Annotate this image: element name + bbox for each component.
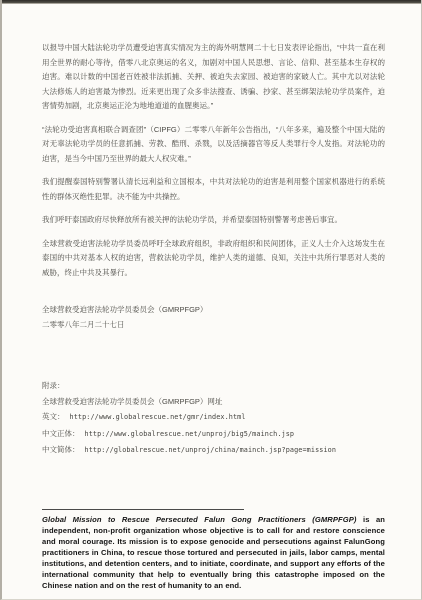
body-paragraph-4: 我们呼吁泰国政府尽快释放所有被关押的法轮功学员，并希望泰国特别警署考虑善后事宜。 [42,213,385,228]
page-content: 以报导中国大陆法轮功学员遭受迫害真实情况为主的海外明慧网二十七日发表评论指出，“… [2,4,421,591]
signature-block: 全球营救受迫害法轮功学员委员会（GMRPFGP） 二零零八年二月二十七日 [42,302,385,332]
footnote-org-name: Global Mission to Rescue Persecuted Falu… [42,515,357,524]
appendix-link-row-traditional-chinese: 中文正体： http://www.globalrescue.net/unproj… [42,426,385,443]
document-page: 以报导中国大陆法轮功学员遭受迫害真实情况为主的海外明慧网二十七日发表评论指出，“… [0,0,422,600]
body-paragraph-2: “法轮功受迫害真相联合调查团”（CIPFG）二零零八年新年公告指出，“八年多来，… [42,123,385,167]
appendix-site-title: 全球营救受迫害法轮功学员委员会（GMRPFGP）网址 [42,394,385,410]
appendix-link-row-english: 英文： http://www.globalrescue.net/gmr/inde… [42,409,385,426]
link-url-english: http://www.globalrescue.net/gmr/index.ht… [70,410,246,426]
footnote-divider [42,509,244,510]
appendix-link-row-simplified-chinese: 中文简体： http://globalrescue.net/unproj/chi… [42,442,385,459]
body-paragraph-1: 以报导中国大陆法轮功学员遭受迫害真实情况为主的海外明慧网二十七日发表评论指出，“… [42,41,385,114]
appendix-heading: 附录： [42,378,385,394]
link-label-english: 英文： [42,409,65,425]
link-url-simplified-chinese: http://globalrescue.net/unproj/china/mai… [85,443,337,459]
body-paragraph-5: 全球营救受迫害法轮功学员委员呼吁全球政府组织，非政府组织和民间团体，正义人士介入… [42,237,385,281]
footnote-description: is an independent, non-profit organizati… [42,515,385,590]
signature-date: 二零零八年二月二十七日 [42,317,385,332]
footnote-section: Global Mission to Rescue Persecuted Falu… [42,509,385,591]
link-url-traditional-chinese: http://www.globalrescue.net/unproj/big5/… [85,427,295,443]
link-label-traditional-chinese: 中文正体： [42,426,80,442]
appendix-section: 附录： 全球营救受迫害法轮功学员委员会（GMRPFGP）网址 英文： http:… [42,378,385,459]
link-label-simplified-chinese: 中文简体： [42,442,80,458]
signature-organization: 全球营救受迫害法轮功学员委员会（GMRPFGP） [42,302,385,317]
footnote-paragraph: Global Mission to Rescue Persecuted Falu… [42,514,385,591]
body-paragraph-3: 我们提醒泰国特别警署认清长远利益和立国根本，中共对法轮功的迫害是利用整个国家机器… [42,175,385,204]
